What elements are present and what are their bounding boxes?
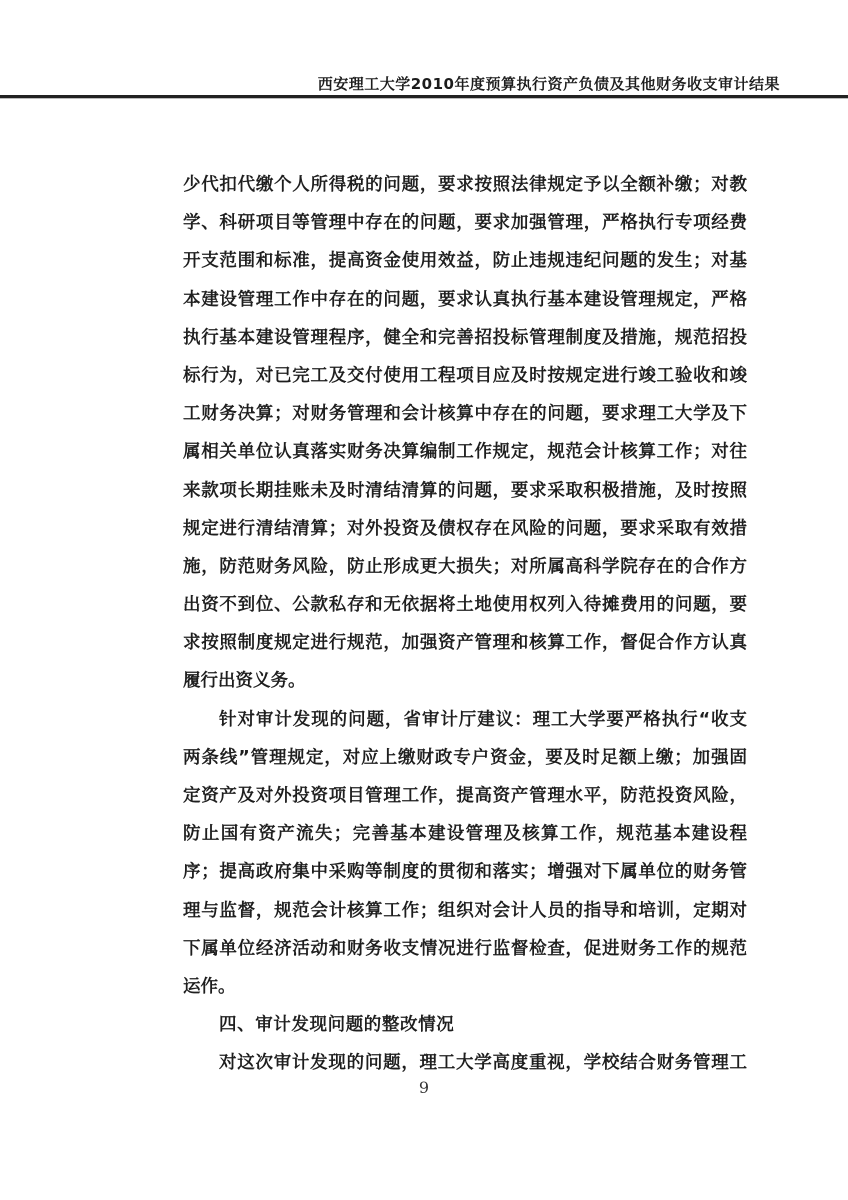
running-header-title: 西安理工大学2010年度预算执行资产负债及其他财务收支审计结果 — [318, 73, 780, 94]
document-body: 少代扣代缴个人所得税的问题，要求按照法律规定予以全额补缴；对教 学、科研项目等管… — [183, 170, 747, 1087]
body-line: 本建设管理工作中存在的问题，要求认真执行基本建设管理规定，严格 — [183, 285, 747, 323]
body-line: 运作。 — [183, 972, 747, 1010]
header-divider-shadow — [0, 98, 848, 99]
paragraph-first-line: 针对审计发现的问题，省审计厅建议：理工大学要严格执行“收支 — [183, 705, 747, 743]
body-line: 标行为，对已完工及交付使用工程项目应及时按规定进行竣工验收和竣 — [183, 361, 747, 399]
body-line: 属相关单位认真落实财务决算编制工作规定，规范会计核算工作；对往 — [183, 437, 747, 475]
body-line: 来款项长期挂账未及时清结清算的问题，要求采取积极措施，及时按照 — [183, 476, 747, 514]
body-line: 序；提高政府集中采购等制度的贯彻和落实；增强对下属单位的财务管 — [183, 857, 747, 895]
body-line: 执行基本建设管理程序，健全和完善招投标管理制度及措施，规范招投 — [183, 323, 747, 361]
body-line: 防止国有资产流失；完善基本建设管理及核算工作，规范基本建设程 — [183, 819, 747, 857]
body-line: 履行出资义务。 — [183, 666, 747, 704]
body-line: 施，防范财务风险，防止形成更大损失；对所属高科学院存在的合作方 — [183, 552, 747, 590]
section-heading: 四、审计发现问题的整改情况 — [183, 1010, 747, 1048]
body-line: 下属单位经济活动和财务收支情况进行监督检查，促进财务工作的规范 — [183, 934, 747, 972]
body-line: 求按照制度规定进行规范，加强资产管理和核算工作，督促合作方认真 — [183, 628, 747, 666]
body-line: 少代扣代缴个人所得税的问题，要求按照法律规定予以全额补缴；对教 — [183, 170, 747, 208]
page-number: 9 — [0, 1078, 848, 1097]
body-line: 工财务决算；对财务管理和会计核算中存在的问题，要求理工大学及下 — [183, 399, 747, 437]
body-line: 两条线”管理规定，对应上缴财政专户资金，要及时足额上缴；加强固 — [183, 743, 747, 781]
body-line: 开支范围和标准，提高资金使用效益，防止违规违纪问题的发生；对基 — [183, 246, 747, 284]
body-line: 定资产及对外投资项目管理工作，提高资产管理水平，防范投资风险， — [183, 781, 747, 819]
body-line: 学、科研项目等管理中存在的问题，要求加强管理，严格执行专项经费 — [183, 208, 747, 246]
body-line: 规定进行清结清算；对外投资及债权存在风险的问题，要求采取有效措 — [183, 514, 747, 552]
body-line: 理与监督，规范会计核算工作；组织对会计人员的指导和培训，定期对 — [183, 896, 747, 934]
body-line: 出资不到位、公款私存和无依据将土地使用权列入待摊费用的问题，要 — [183, 590, 747, 628]
